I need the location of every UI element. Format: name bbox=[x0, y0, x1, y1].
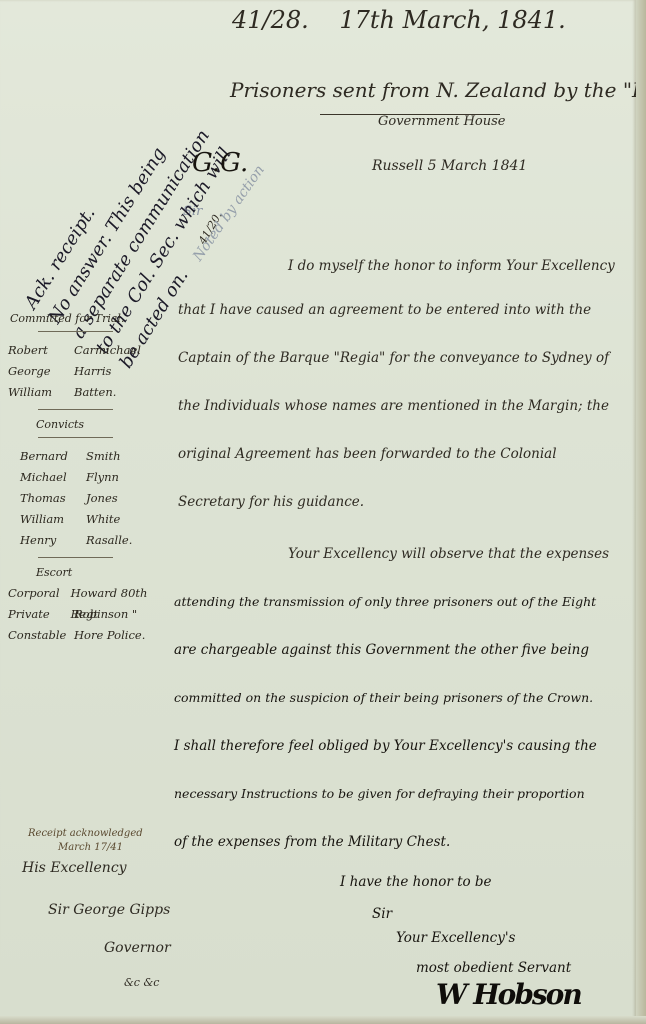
addressee-line: &c &c bbox=[124, 976, 159, 989]
escort-heading: Escort bbox=[36, 566, 173, 579]
body-line: attending the transmission of only three… bbox=[174, 594, 596, 609]
escort-row: PrivateRobinson " bbox=[8, 604, 173, 625]
closing-line: Your Excellency's bbox=[396, 930, 515, 946]
body-line: are chargeable against this Government t… bbox=[174, 642, 589, 658]
convict-row: HenryRasalle. bbox=[20, 530, 173, 551]
addressee-line: Sir George Gipps bbox=[48, 902, 170, 918]
divider bbox=[38, 331, 113, 332]
closing-line: I have the honor to be bbox=[340, 874, 492, 890]
convict-row: ThomasJones bbox=[20, 488, 173, 509]
place-date: Russell 5 March 1841 bbox=[372, 158, 527, 174]
docket-date: 17th March, 1841. bbox=[339, 6, 566, 34]
letter-title: Prisoners sent from N. Zealand by the "R… bbox=[230, 78, 646, 102]
margin-list: Committed for Trial. RobertCarmichael Ge… bbox=[8, 312, 173, 646]
body-line: committed on the suspicion of their bein… bbox=[174, 690, 593, 705]
escort-row: ConstableHore Police. bbox=[8, 625, 173, 646]
body-line: I shall therefore feel obliged by Your E… bbox=[174, 738, 597, 754]
convicts-heading: Convicts bbox=[36, 418, 173, 431]
receipt-note: Receipt acknowledged bbox=[28, 828, 143, 839]
body-line: the Individuals whose names are mentione… bbox=[178, 398, 609, 414]
letter-page: 41/28. 17th March, 1841. Prisoners sent … bbox=[0, 0, 636, 1024]
escort-row: CorporalHoward 80th Regt bbox=[8, 583, 173, 604]
body-line: Captain of the Barque "Regia" for the co… bbox=[178, 350, 609, 366]
convict-row: BernardSmith bbox=[20, 446, 173, 467]
receipt-note-date: March 17/41 bbox=[58, 842, 123, 853]
divider bbox=[38, 437, 113, 438]
body-line: I do myself the honor to inform Your Exc… bbox=[288, 258, 615, 274]
committed-row: RobertCarmichael bbox=[8, 340, 173, 361]
body-line: Your Excellency will observe that the ex… bbox=[288, 546, 609, 562]
divider bbox=[38, 557, 113, 558]
divider bbox=[38, 409, 113, 410]
closing-line: Sir bbox=[372, 906, 392, 922]
body-line: necessary Instructions to be given for d… bbox=[174, 786, 585, 801]
addressee-line: Governor bbox=[104, 940, 171, 956]
convict-row: WilliamWhite bbox=[20, 509, 173, 530]
committed-row: WilliamBatten. bbox=[8, 382, 173, 403]
docket-header: 41/28. 17th March, 1841. bbox=[232, 6, 566, 34]
page-bottom-edge bbox=[0, 1016, 646, 1024]
page-edge bbox=[636, 0, 646, 1024]
body-line: of the expenses from the Military Chest. bbox=[174, 834, 450, 850]
closing-line: most obedient Servant bbox=[416, 960, 571, 976]
committed-row: GeorgeHarris bbox=[8, 361, 173, 382]
convict-row: MichaelFlynn bbox=[20, 467, 173, 488]
body-line: Secretary for his guidance. bbox=[178, 494, 364, 510]
minute-initials: G.G. bbox=[192, 148, 248, 178]
body-line: original Agreement has been forwarded to… bbox=[178, 446, 557, 462]
addressee-line: His Excellency bbox=[22, 860, 127, 876]
signature: W Hobson bbox=[436, 978, 581, 1011]
committed-heading: Committed for Trial. bbox=[10, 312, 173, 325]
docket-reference: 41/28. bbox=[232, 6, 309, 34]
letterhead: Government House bbox=[378, 114, 506, 129]
body-line: that I have caused an agreement to be en… bbox=[178, 302, 591, 318]
